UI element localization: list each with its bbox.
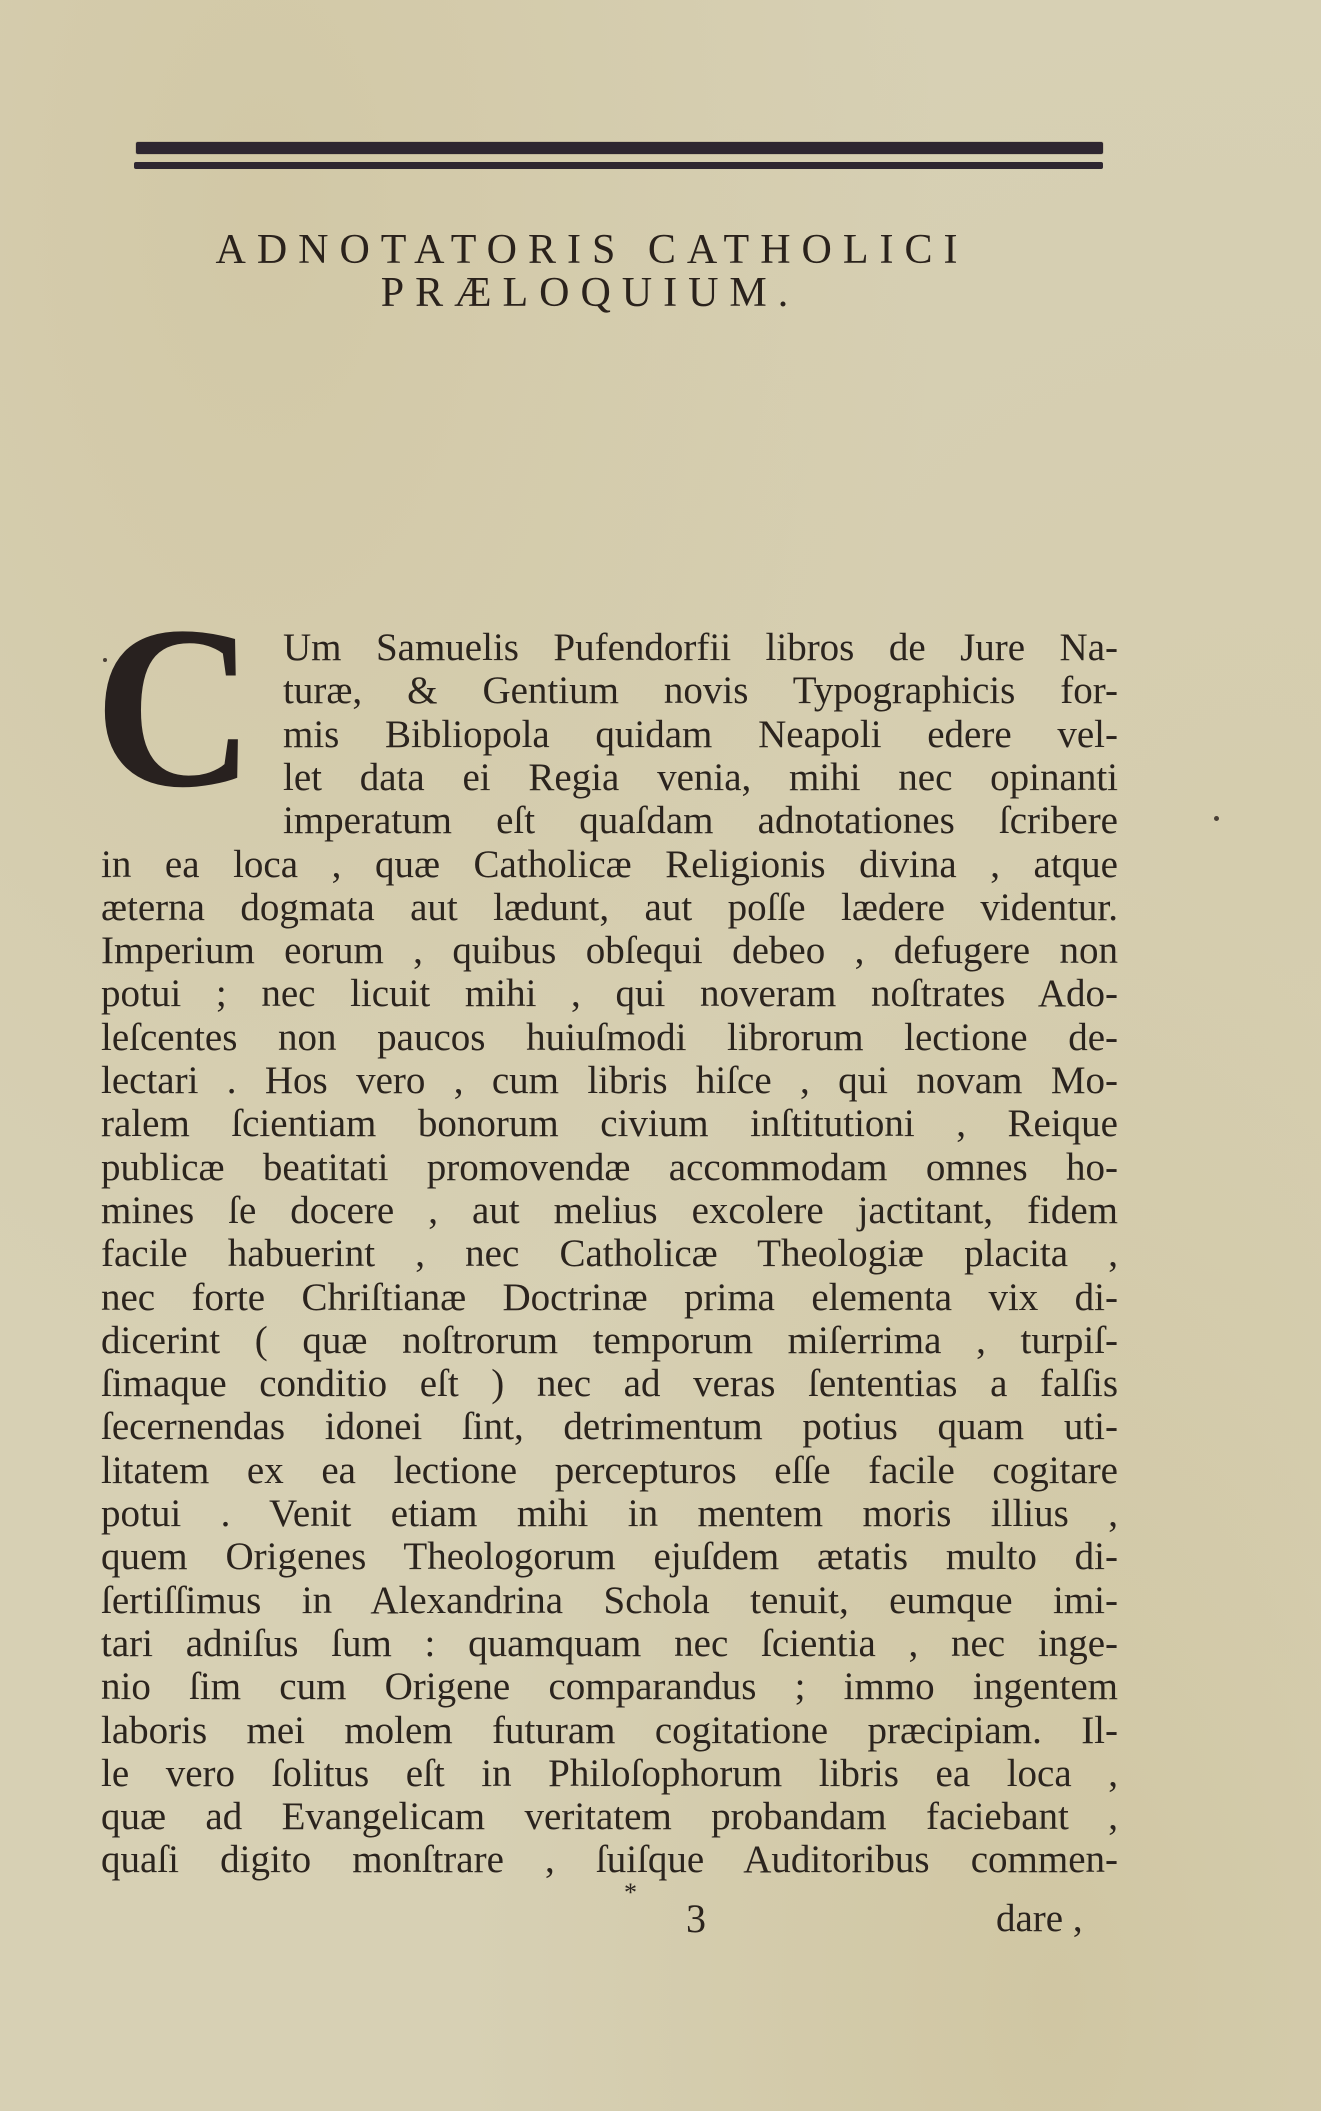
body-line: le vero ſolitus eſt in Philoſophorum lib… <box>101 1752 1118 1795</box>
body-line: ralem ſcientiam bonorum civium inſtituti… <box>101 1102 1118 1145</box>
body-line: ſertiſſimus in Alexandrina Schola tenuit… <box>101 1579 1118 1622</box>
body-line: litatem ex ea lectione percepturos eſſe … <box>101 1449 1118 1492</box>
body-line: nec forte Chriſtianæ Doctrinæ prima elem… <box>101 1276 1118 1319</box>
body-line: leſcentes non paucos huiuſmodi librorum … <box>101 1016 1118 1059</box>
chapter-title-line-1: ADNOTATORIS CATHOLICI <box>0 229 1192 271</box>
signature-mark: * <box>624 1880 637 1906</box>
body-line: mis Bibliopola quidam Neapoli edere vel- <box>283 713 1118 756</box>
body-line: in ea loca , quæ Catholicæ Religionis di… <box>101 843 1118 886</box>
body-line: turæ, & Gentium novis Typographicis for- <box>283 669 1118 712</box>
body-line: let data ei Regia venia, mihi nec opinan… <box>283 756 1118 799</box>
body-line: potui . Venit etiam mihi in mentem moris… <box>101 1492 1118 1535</box>
body-line: publicæ beatitati promovendæ accommodam … <box>101 1146 1118 1189</box>
header-rule-thin <box>134 162 1103 169</box>
body-line: quem Origenes Theologorum ejuſdem ætatis… <box>101 1535 1118 1578</box>
body-line: quæ ad Evangelicam veritatem probandam f… <box>101 1795 1118 1838</box>
drop-cap-initial: C <box>94 592 255 824</box>
body-line: facile habuerint , nec Catholicæ Theolog… <box>101 1232 1118 1275</box>
body-line: quaſi digito monſtrare , ſuiſque Auditor… <box>101 1838 1118 1881</box>
body-line: ſecernendas idonei ſint, detrimentum pot… <box>101 1405 1118 1448</box>
header-rule-thick <box>136 142 1103 154</box>
body-line: Imperium eorum , quibus obſequi debeo , … <box>101 929 1118 972</box>
catchword: dare , <box>996 1897 1083 1940</box>
chapter-title-line-2: PRÆLOQUIUM. <box>0 272 1190 314</box>
page-number: 3 <box>686 1897 706 1940</box>
body-line: ſimaque conditio eſt ) nec ad veras ſent… <box>101 1362 1118 1405</box>
body-line: potui ; nec licuit mihi , qui noveram no… <box>101 972 1118 1015</box>
body-line: imperatum eſt quaſdam adnotationes ſcrib… <box>283 799 1118 842</box>
body-line: mines ſe docere , aut melius excolere ja… <box>101 1189 1118 1232</box>
body-line: æterna dogmata aut lædunt, aut poſſe læd… <box>101 886 1118 929</box>
body-line: nio ſim cum Origene comparandus ; immo i… <box>101 1665 1118 1708</box>
paper-speck <box>103 658 107 662</box>
paper-speck <box>1214 816 1219 821</box>
body-line: Um Samuelis Pufendorfii libros de Jure N… <box>283 626 1118 669</box>
body-line: laboris mei molem futuram cogitatione pr… <box>101 1709 1118 1752</box>
body-line: tari adniſus ſum : quamquam nec ſcientia… <box>101 1622 1118 1665</box>
body-line: dicerint ( quæ noſtrorum temporum miſerr… <box>101 1319 1118 1362</box>
body-line: lectari . Hos vero , cum libris hiſce , … <box>101 1059 1118 1102</box>
